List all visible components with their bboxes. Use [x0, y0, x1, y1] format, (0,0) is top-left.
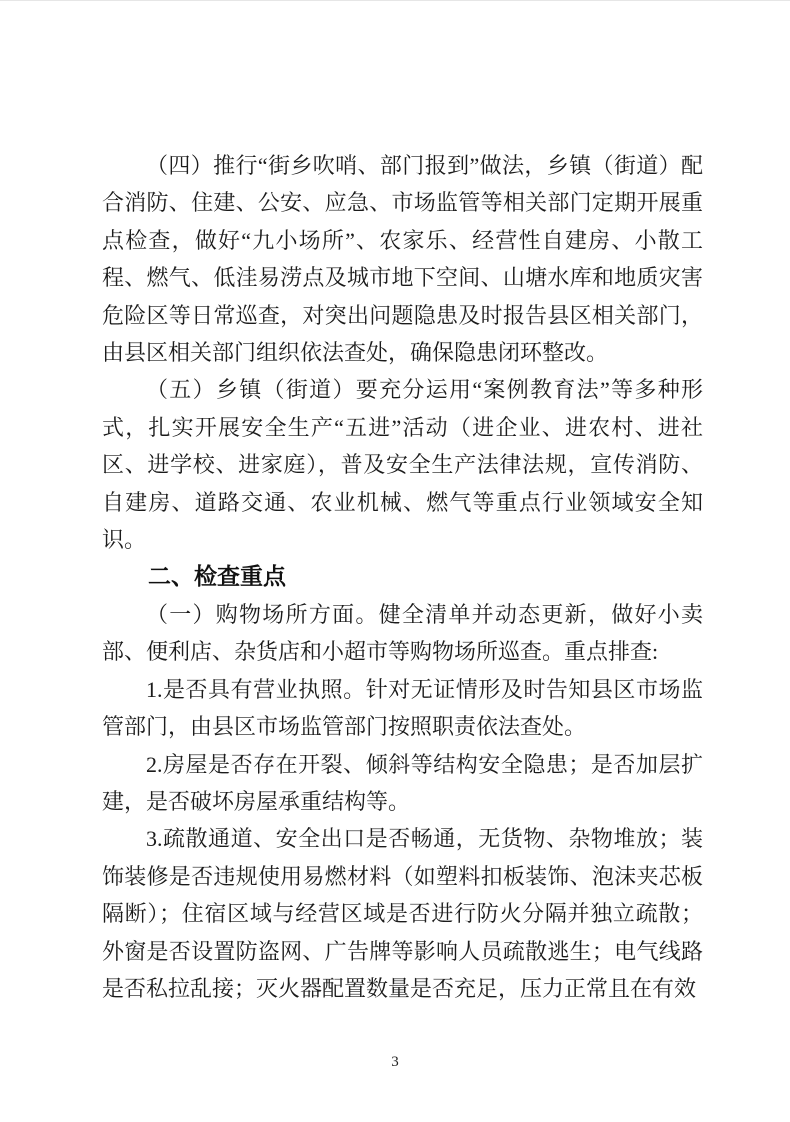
- paragraph-check-item-1: 1.是否具有营业执照。针对无证情形及时告知县区市场监管部门，由县区市场监管部门按…: [102, 671, 703, 746]
- paragraph-shopping-places: （一）购物场所方面。健全清单并动态更新，做好小卖部、便利店、杂货店和小超市等购物…: [102, 596, 703, 671]
- page-number: 3: [0, 1052, 790, 1072]
- document-page: （四）推行“街乡吹哨、部门报到”做法，乡镇（街道）配合消防、住建、公安、应急、市…: [0, 0, 790, 1122]
- paragraph-item-four: （四）推行“街乡吹哨、部门报到”做法，乡镇（街道）配合消防、住建、公安、应急、市…: [102, 147, 703, 371]
- paragraph-check-item-2: 2.房屋是否存在开裂、倾斜等结构安全隐患；是否加层扩建，是否破坏房屋承重结构等。: [102, 746, 703, 821]
- section-heading-inspection-focus: 二、检查重点: [102, 558, 703, 595]
- paragraph-check-item-3: 3.疏散通道、安全出口是否畅通，无货物、杂物堆放；装饰装修是否违规使用易燃材料（…: [102, 820, 703, 1007]
- document-body: （四）推行“街乡吹哨、部门报到”做法，乡镇（街道）配合消防、住建、公安、应急、市…: [102, 147, 703, 1007]
- paragraph-item-five: （五）乡镇（街道）要充分运用“案例教育法”等多种形式，扎实开展安全生产“五进”活…: [102, 371, 703, 558]
